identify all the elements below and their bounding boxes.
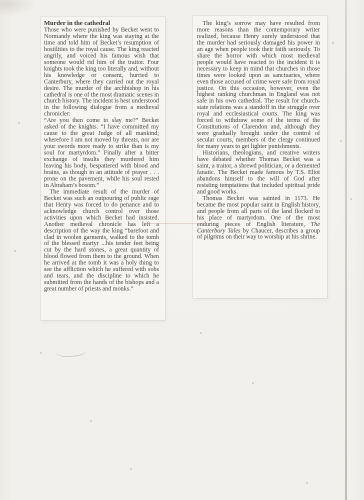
right-column-text: The king’s sorrow may have resulted from…	[197, 20, 320, 240]
body-text: “Are you then come to slay me?” Becket a…	[44, 117, 159, 189]
pencil-mark	[55, 344, 88, 358]
paragraph: Thomas Becket was sainted in 1173. He be…	[197, 195, 320, 240]
left-column-text: Murder in the cathedral Those who were p…	[44, 20, 159, 292]
scan-edge-shadow	[345, 0, 347, 500]
left-column-clipping: Murder in the cathedral Those who were p…	[41, 17, 165, 320]
scan-speckle	[332, 42, 334, 44]
scan-speckle	[340, 140, 342, 142]
scan-speckle	[18, 122, 20, 124]
body-text: Those who were punished by Becket went t…	[44, 26, 159, 117]
left-column-paragraphs: Those who were punished by Becket went t…	[44, 27, 159, 293]
scan-speckle	[306, 482, 308, 484]
right-column-paragraphs: The king’s sorrow may have resulted from…	[197, 20, 320, 240]
paragraph: Historians, theologians, and creative wr…	[197, 150, 320, 195]
body-text: Thomas Becket was sainted in 1173. He be…	[197, 194, 320, 227]
scan-speckle	[14, 250, 16, 252]
right-column-clipping: The king’s sorrow may have resulted from…	[193, 16, 327, 298]
scan-speckle	[200, 332, 202, 334]
paragraph: The immediate result of the murder of Be…	[44, 188, 159, 292]
scan-speckle	[252, 382, 254, 384]
scan-streak	[146, 223, 204, 224]
paragraph: The king’s sorrow may have resulted from…	[197, 20, 320, 150]
paragraph: “Are you then come to slay me?” Becket a…	[44, 117, 159, 188]
scan-speckle	[90, 420, 92, 422]
paragraph: Those who were punished by Becket went t…	[44, 27, 159, 118]
scan-speckle	[130, 468, 132, 470]
scan-speckle	[350, 198, 352, 200]
body-text: The immediate result of the murder of Be…	[44, 188, 159, 292]
scan-speckle	[40, 352, 42, 354]
body-text: The king’s sorrow may have resulted from…	[197, 20, 320, 150]
body-text: Historians, theologians, and creative wr…	[197, 149, 320, 195]
scanned-page: Murder in the cathedral Those who were p…	[0, 0, 364, 500]
